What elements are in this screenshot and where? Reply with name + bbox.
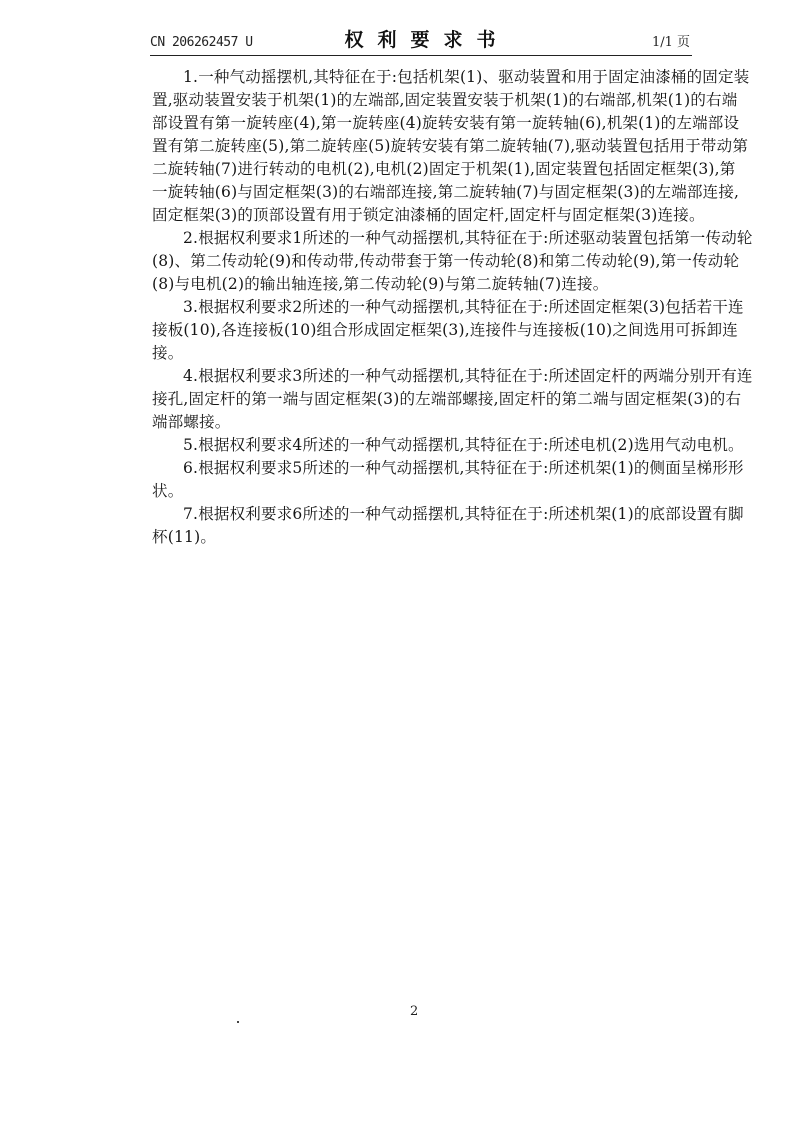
page-title: 权利要求书 [150,25,690,52]
claim-line: 置有第二旋转座(5),第二旋转座(5)旋转安装有第二旋转轴(7),驱动装置包括用… [152,135,697,158]
claim-line: (8)与电机(2)的输出轴连接,第二传动轮(9)与第二旋转轴(7)连接。 [152,273,697,296]
claim-2: 2.根据权利要求1所述的一种气动摇摆机,其特征在于:所述驱动装置包括第一传动轮 … [152,227,697,296]
claim-line: 部设置有第一旋转座(4),第一旋转座(4)旋转安装有第一旋转轴(6),机架(1)… [152,112,697,135]
claim-line: 接孔,固定杆的第一端与固定框架(3)的左端部螺接,固定杆的第二端与固定框架(3)… [152,388,697,411]
claim-line: 一旋转轴(6)与固定框架(3)的右端部连接,第二旋转轴(7)与固定框架(3)的左… [152,181,697,204]
claim-line: 置,驱动装置安装于机架(1)的左端部,固定装置安装于机架(1)的右端部,机架(1… [152,89,697,112]
claim-line: 7.根据权利要求6所述的一种气动摇摆机,其特征在于:所述机架(1)的底部设置有脚 [152,503,697,526]
claim-4: 4.根据权利要求3所述的一种气动摇摆机,其特征在于:所述固定杆的两端分别开有连 … [152,365,697,434]
claim-line: 接。 [152,342,697,365]
claim-line: 3.根据权利要求2所述的一种气动摇摆机,其特征在于:所述固定框架(3)包括若干连 [152,296,697,319]
claim-line: 接板(10),各连接板(10)组合形成固定框架(3),连接件与连接板(10)之间… [152,319,697,342]
header-divider [150,55,692,56]
page-count: 1/1 页 [652,31,690,50]
claim-line: 2.根据权利要求1所述的一种气动摇摆机,其特征在于:所述驱动装置包括第一传动轮 [152,227,697,250]
claim-line: 6.根据权利要求5所述的一种气动摇摆机,其特征在于:所述机架(1)的侧面呈梯形形 [152,457,697,480]
claims-body: 1.一种气动摇摆机,其特征在于:包括机架(1)、驱动装置和用于固定油漆桶的固定装… [152,66,697,549]
claim-line: (8)、第二传动轮(9)和传动带,传动带套于第一传动轮(8)和第二传动轮(9),… [152,250,697,273]
scan-artifact-dot [237,1021,239,1023]
page-number: 2 [410,1004,418,1019]
claim-line: 二旋转轴(7)进行转动的电机(2),电机(2)固定于机架(1),固定装置包括固定… [152,158,697,181]
claim-line: 端部螺接。 [152,411,697,434]
claim-1: 1.一种气动摇摆机,其特征在于:包括机架(1)、驱动装置和用于固定油漆桶的固定装… [152,66,697,227]
claim-line: 杯(11)。 [152,526,697,549]
claim-6: 6.根据权利要求5所述的一种气动摇摆机,其特征在于:所述机架(1)的侧面呈梯形形… [152,457,697,503]
claim-line: 4.根据权利要求3所述的一种气动摇摆机,其特征在于:所述固定杆的两端分别开有连 [152,365,697,388]
claim-line: 1.一种气动摇摆机,其特征在于:包括机架(1)、驱动装置和用于固定油漆桶的固定装 [152,66,697,89]
claim-line: 5.根据权利要求4所述的一种气动摇摆机,其特征在于:所述电机(2)选用气动电机。 [152,434,697,457]
claim-line: 状。 [152,480,697,503]
claim-3: 3.根据权利要求2所述的一种气动摇摆机,其特征在于:所述固定框架(3)包括若干连… [152,296,697,365]
claim-line: 固定框架(3)的顶部设置有用于锁定油漆桶的固定杆,固定杆与固定框架(3)连接。 [152,204,697,227]
claim-5: 5.根据权利要求4所述的一种气动摇摆机,其特征在于:所述电机(2)选用气动电机。 [152,434,697,457]
claim-7: 7.根据权利要求6所述的一种气动摇摆机,其特征在于:所述机架(1)的底部设置有脚… [152,503,697,549]
page-header: CN 206262457 U 权利要求书 1/1 页 [150,24,690,54]
